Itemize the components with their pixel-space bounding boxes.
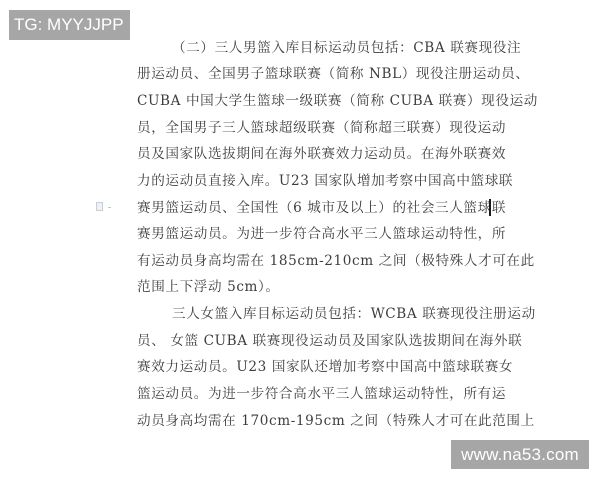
text-line: 三人女篮入库目标运动员包括：WCBA 联赛现役注册运动	[137, 302, 493, 326]
watermark-bottom-right: www.na53.com	[451, 440, 589, 469]
text-line: 员，全国男子三人篮球超级联赛（简称超三联赛）现役运动	[137, 116, 493, 140]
text-line: 赛效力运动员。U23 国家队还增加考察中国高中篮球联赛女	[137, 355, 493, 379]
text-line: 赛男篮运动员。为进一步符合高水平三人篮球运动特性，所	[137, 222, 493, 246]
text-line: 范围上下浮动 5cm）。	[137, 275, 493, 299]
text-line: 力的运动员直接入库。U23 国家队增加考察中国高中篮球联	[137, 169, 493, 193]
document-icon	[96, 202, 103, 211]
text-line: 赛男篮运动员、全国性（6 城市及以上）的社会三人篮球联	[137, 196, 493, 220]
text-line: （二）三人男篮入库目标运动员包括：CBA 联赛现役注	[137, 36, 493, 60]
text-cursor	[489, 199, 491, 216]
document-paragraph-icon[interactable]	[96, 202, 116, 214]
text-line: CUBA 中国大学生篮球一级联赛（简称 CUBA 联赛）现役运动	[137, 89, 493, 113]
text-line: 册运动员、全国男子篮球联赛（简称 NBL）现役注册运动员、	[137, 62, 493, 86]
text-line: 员、 女篮 CUBA 联赛现役运动员及国家队选拔期间在海外联	[137, 329, 493, 353]
watermark-top-left: TG: MYYJJPP	[9, 10, 130, 40]
text-line: 有运动员身高均需在 185cm-210cm 之间（极特殊人才可在此	[137, 249, 493, 273]
text-line: 员及国家队选拔期间在海外联赛效力运动员。在海外联赛效	[137, 142, 493, 166]
text-line: 篮运动员。为进一步符合高水平三人篮球运动特性，所有运	[137, 382, 493, 406]
dropdown-dash-icon	[108, 207, 111, 208]
text-line: 动员身高均需在 170cm-195cm 之间（特殊人才可在此范围上	[137, 409, 493, 433]
document-page: TG: MYYJJPP （二）三人男篮入库目标运动员包括：CBA 联赛现役注 册…	[0, 0, 600, 480]
